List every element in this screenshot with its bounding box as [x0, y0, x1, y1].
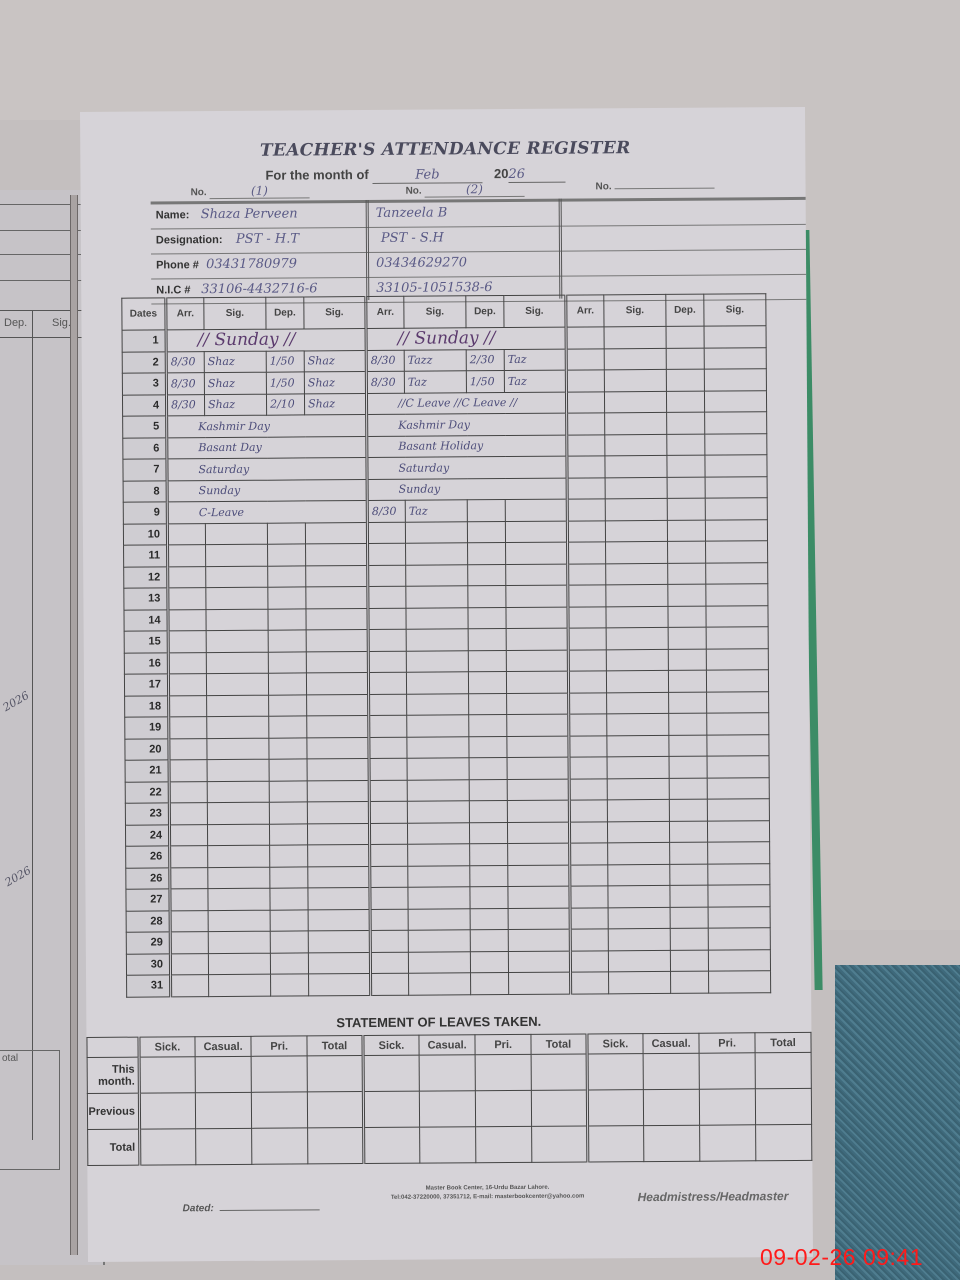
t1-dep-cell[interactable]: [270, 909, 308, 931]
t2-arr-cell[interactable]: [368, 565, 406, 587]
t2-sig2-cell[interactable]: [508, 929, 570, 951]
t1-sig2-cell[interactable]: [307, 801, 369, 823]
t3-dep-cell[interactable]: [668, 649, 706, 671]
t2-dep-cell[interactable]: [467, 521, 505, 543]
t1-sig-cell[interactable]: [208, 888, 270, 910]
t3-sig2-cell[interactable]: [704, 347, 766, 369]
t1-dep-cell[interactable]: [267, 522, 305, 544]
t3-sig-cell[interactable]: [607, 713, 669, 735]
t2-dep-cell[interactable]: [470, 930, 508, 952]
t1-sig2-cell[interactable]: Shaz: [304, 393, 366, 415]
t1-sig-cell[interactable]: [206, 673, 268, 695]
t2-sig2-cell[interactable]: [506, 650, 568, 672]
t1-sig2-cell[interactable]: [306, 651, 368, 673]
t3-sig-cell[interactable]: [605, 520, 667, 542]
t1-sig2-cell[interactable]: [307, 737, 369, 759]
teacher-2-phone[interactable]: 03434629270: [376, 255, 467, 271]
t2-dep-cell[interactable]: 2/30: [466, 349, 504, 371]
t1-dep-cell[interactable]: [268, 544, 306, 566]
leave-cell[interactable]: [587, 1090, 643, 1126]
t3-sig2-cell[interactable]: [707, 799, 769, 821]
t1-sig-cell[interactable]: [206, 544, 268, 566]
t3-arr-cell[interactable]: [568, 542, 606, 564]
t3-dep-cell[interactable]: [668, 670, 706, 692]
t3-sig2-cell[interactable]: [708, 928, 770, 950]
t3-dep-cell[interactable]: [670, 950, 708, 972]
t1-sig-cell[interactable]: [207, 781, 269, 803]
leave-cell[interactable]: [252, 1092, 308, 1128]
t3-arr-cell[interactable]: [571, 972, 609, 994]
t3-sig2-cell[interactable]: [706, 562, 768, 584]
t2-dep-cell[interactable]: [468, 564, 506, 586]
leave-cell[interactable]: [139, 1093, 195, 1129]
leave-cell[interactable]: [588, 1126, 644, 1162]
t2-sig-cell[interactable]: [405, 521, 467, 543]
leave-cell[interactable]: [420, 1127, 477, 1163]
t2-arr-cell[interactable]: [370, 866, 408, 888]
t2-sig2-cell[interactable]: [508, 843, 570, 865]
t2-sig-cell[interactable]: [408, 930, 470, 952]
t3-sig-cell[interactable]: [606, 670, 668, 692]
leave-cell[interactable]: [475, 1054, 531, 1090]
t2-sig2-cell[interactable]: [509, 972, 571, 994]
t2-sig-cell[interactable]: Tazz: [404, 349, 466, 371]
t3-sig2-cell[interactable]: [706, 584, 768, 606]
t3-arr-cell[interactable]: [569, 778, 607, 800]
leave-cell[interactable]: [363, 1055, 419, 1091]
t1-sig2-cell[interactable]: [307, 780, 369, 802]
leave-cell[interactable]: [364, 1127, 420, 1163]
teacher-1-no-value[interactable]: (1): [209, 183, 309, 199]
t1-dep-cell[interactable]: [268, 673, 306, 695]
t2-sig-cell[interactable]: [407, 779, 469, 801]
t3-sig2-cell[interactable]: [708, 885, 770, 907]
leave-cell[interactable]: [700, 1089, 756, 1125]
t2-sig2-cell[interactable]: [505, 499, 567, 521]
t2-sig-cell[interactable]: [406, 650, 468, 672]
t2-sig-cell[interactable]: [407, 801, 469, 823]
t3-arr-cell[interactable]: [568, 606, 606, 628]
t1-sig-cell[interactable]: [206, 587, 268, 609]
t3-dep-cell[interactable]: [670, 864, 708, 886]
t2-sig2-cell[interactable]: [506, 607, 568, 629]
t2-sig2-cell[interactable]: [507, 779, 569, 801]
t1-arr-cell[interactable]: [169, 717, 207, 739]
t3-sig2-cell[interactable]: [707, 691, 769, 713]
t3-arr-cell[interactable]: [570, 929, 608, 951]
t3-sig2-cell[interactable]: [705, 498, 767, 520]
t2-sig2-cell[interactable]: [507, 693, 569, 715]
t2-sig-cell[interactable]: [408, 908, 470, 930]
t1-sig2-cell[interactable]: [308, 909, 370, 931]
t2-sig2-cell[interactable]: [506, 585, 568, 607]
t3-sig2-cell[interactable]: [707, 734, 769, 756]
t1-sig2-cell[interactable]: [306, 587, 368, 609]
t2-arr-cell[interactable]: [369, 780, 407, 802]
t2-arr-cell[interactable]: [368, 651, 406, 673]
t3-sig-cell[interactable]: [608, 864, 670, 886]
t2-sig-cell[interactable]: [408, 887, 470, 909]
t2-dep-cell[interactable]: [468, 650, 506, 672]
t3-dep-cell[interactable]: [671, 971, 709, 993]
t2-sig-cell[interactable]: [407, 736, 469, 758]
t2-sig-cell[interactable]: [407, 693, 469, 715]
t1-note-cell[interactable]: Basant Day: [167, 436, 367, 459]
t3-sig-cell[interactable]: [607, 756, 669, 778]
t1-sig2-cell[interactable]: [306, 544, 368, 566]
t3-sig-cell[interactable]: [607, 735, 669, 757]
t2-sig2-cell[interactable]: [505, 521, 567, 543]
teacher-2-name[interactable]: Tanzeela B: [376, 205, 448, 220]
t2-sig2-cell[interactable]: [508, 951, 570, 973]
leave-cell[interactable]: [252, 1128, 308, 1164]
teacher-2-designation[interactable]: PST - S.H: [381, 230, 444, 245]
t2-arr-cell[interactable]: [368, 543, 406, 565]
t3-dep-cell[interactable]: [669, 756, 707, 778]
t3-sig-cell[interactable]: [605, 477, 667, 499]
t2-dep-cell[interactable]: [470, 908, 508, 930]
t3-dep-cell[interactable]: [669, 778, 707, 800]
t1-dep-cell[interactable]: [270, 931, 308, 953]
t1-sig-cell[interactable]: [208, 931, 270, 953]
t2-dep-cell[interactable]: [469, 715, 507, 737]
t2-sig-cell[interactable]: [408, 865, 470, 887]
t1-note-cell[interactable]: C-Leave: [167, 501, 367, 524]
t1-dep-cell[interactable]: [268, 651, 306, 673]
t1-arr-cell[interactable]: 8/30: [166, 351, 204, 373]
t2-sig-cell[interactable]: [407, 822, 469, 844]
leave-cell[interactable]: [363, 1091, 419, 1127]
t3-sig-cell[interactable]: [605, 455, 667, 477]
t3-arr-cell[interactable]: [569, 714, 607, 736]
t2-dep-cell[interactable]: [468, 543, 506, 565]
t3-arr-cell[interactable]: [567, 434, 605, 456]
leave-cell[interactable]: [419, 1055, 476, 1091]
t3-sig2-cell[interactable]: [704, 326, 766, 348]
t3-sig-cell[interactable]: [606, 627, 668, 649]
t2-arr-cell[interactable]: [368, 672, 406, 694]
t3-dep-cell[interactable]: [667, 477, 705, 499]
t2-sig-cell[interactable]: [406, 564, 468, 586]
t3-sig-cell[interactable]: [606, 649, 668, 671]
t3-sig2-cell[interactable]: [709, 971, 771, 993]
t1-note-cell[interactable]: Sunday: [167, 479, 367, 502]
leave-cell[interactable]: [139, 1057, 195, 1093]
teacher-1-name[interactable]: Shaza Perveen: [201, 206, 298, 222]
t1-sig-cell[interactable]: Shaz: [204, 351, 266, 373]
t3-dep-cell[interactable]: [668, 584, 706, 606]
t3-arr-cell[interactable]: [566, 370, 604, 392]
t3-sig2-cell[interactable]: [705, 476, 767, 498]
t3-dep-cell[interactable]: [668, 541, 706, 563]
t1-arr-cell[interactable]: [169, 824, 207, 846]
t1-sig2-cell[interactable]: Shaz: [304, 372, 366, 394]
t2-sig-cell[interactable]: [406, 607, 468, 629]
leave-cell[interactable]: [643, 1125, 700, 1161]
leave-cell[interactable]: [755, 1088, 811, 1124]
t3-sig-cell[interactable]: [605, 498, 667, 520]
t2-arr-cell[interactable]: 8/30: [366, 371, 404, 393]
t2-arr-cell[interactable]: [368, 629, 406, 651]
t2-dep-cell[interactable]: [471, 973, 509, 995]
t1-sig-cell[interactable]: Shaz: [204, 372, 266, 394]
t1-dep-cell[interactable]: [270, 952, 308, 974]
t1-sig-cell[interactable]: [205, 523, 267, 545]
leave-cell[interactable]: [587, 1054, 643, 1090]
t2-sig2-cell[interactable]: Taz: [504, 370, 566, 392]
t2-sig2-cell[interactable]: [507, 714, 569, 736]
t1-dep-cell[interactable]: [268, 587, 306, 609]
t2-arr-cell[interactable]: [367, 522, 405, 544]
t1-arr-cell[interactable]: [169, 738, 207, 760]
teacher-3-no-value[interactable]: [614, 188, 714, 190]
t1-sig2-cell[interactable]: [305, 522, 367, 544]
t2-dep-cell[interactable]: [469, 693, 507, 715]
t3-sig2-cell[interactable]: [704, 390, 766, 412]
t1-arr-cell[interactable]: [168, 588, 206, 610]
t3-sig2-cell[interactable]: [705, 433, 767, 455]
t3-arr-cell[interactable]: [569, 735, 607, 757]
t1-sig-cell[interactable]: [209, 974, 271, 996]
t1-sig2-cell[interactable]: [308, 887, 370, 909]
t3-arr-cell[interactable]: [567, 520, 605, 542]
t1-sig-cell[interactable]: [206, 609, 268, 631]
t1-sig2-cell[interactable]: [308, 844, 370, 866]
t3-sig2-cell[interactable]: [708, 906, 770, 928]
t3-dep-cell[interactable]: [669, 692, 707, 714]
t2-arr-cell[interactable]: [369, 694, 407, 716]
t1-sig2-cell[interactable]: [306, 565, 368, 587]
t3-sig-cell[interactable]: [607, 821, 669, 843]
t2-dep-cell[interactable]: 1/50: [466, 371, 504, 393]
t1-dep-cell[interactable]: [269, 780, 307, 802]
t3-arr-cell[interactable]: [566, 391, 604, 413]
t2-arr-cell[interactable]: 8/30: [366, 350, 404, 372]
leave-cell[interactable]: [195, 1092, 252, 1128]
t3-dep-cell[interactable]: [667, 455, 705, 477]
t3-dep-cell[interactable]: [668, 627, 706, 649]
t1-arr-cell[interactable]: [171, 975, 209, 997]
t3-sig2-cell[interactable]: [707, 713, 769, 735]
t1-dep-cell[interactable]: [270, 888, 308, 910]
t1-note-cell[interactable]: Kashmir Day: [167, 415, 367, 438]
leave-cell[interactable]: [755, 1052, 811, 1088]
t2-arr-cell[interactable]: [368, 608, 406, 630]
t1-dep-cell[interactable]: [270, 866, 308, 888]
t1-sig2-cell[interactable]: [309, 973, 371, 995]
t3-arr-cell[interactable]: [569, 821, 607, 843]
t2-dep-cell[interactable]: [469, 758, 507, 780]
leave-cell[interactable]: [643, 1053, 700, 1089]
t1-sig2-cell[interactable]: [308, 930, 370, 952]
t1-dep-cell[interactable]: 2/10: [266, 393, 304, 415]
t1-sig-cell[interactable]: [208, 845, 270, 867]
t1-dep-cell[interactable]: 1/50: [266, 372, 304, 394]
t3-sig-cell[interactable]: [605, 412, 667, 434]
t1-sig2-cell[interactable]: [306, 630, 368, 652]
t1-arr-cell[interactable]: [170, 953, 208, 975]
teacher-1-phone[interactable]: 03431780979: [206, 256, 297, 272]
t1-arr-cell[interactable]: [168, 652, 206, 674]
t2-dep-cell[interactable]: [469, 779, 507, 801]
leave-cell[interactable]: [308, 1128, 364, 1164]
t2-sig2-cell[interactable]: Taz: [504, 349, 566, 371]
t3-arr-cell[interactable]: [570, 886, 608, 908]
teacher-1-nic[interactable]: 33106-4432716-6: [201, 281, 317, 297]
leave-cell[interactable]: [476, 1126, 532, 1162]
t2-dep-cell[interactable]: [469, 736, 507, 758]
t3-sig-cell[interactable]: [605, 434, 667, 456]
t2-arr-cell[interactable]: [370, 930, 408, 952]
t3-arr-cell[interactable]: [569, 800, 607, 822]
t1-arr-cell[interactable]: [168, 631, 206, 653]
t1-arr-cell[interactable]: [170, 846, 208, 868]
t2-sig-cell[interactable]: [409, 973, 471, 995]
t2-arr-cell[interactable]: [369, 758, 407, 780]
t2-note-cell[interactable]: Saturday: [367, 456, 567, 479]
leave-cell[interactable]: [307, 1092, 363, 1128]
t2-sig-cell[interactable]: [406, 672, 468, 694]
t1-arr-cell[interactable]: [168, 609, 206, 631]
t2-arr-cell[interactable]: [369, 801, 407, 823]
t1-arr-cell[interactable]: 8/30: [166, 394, 204, 416]
t3-dep-cell[interactable]: [667, 520, 705, 542]
t1-sig-cell[interactable]: [207, 716, 269, 738]
t1-sig-cell[interactable]: [208, 953, 270, 975]
t3-sig2-cell[interactable]: [706, 648, 768, 670]
t3-sig-cell[interactable]: [606, 606, 668, 628]
t1-sig-cell[interactable]: Shaz: [204, 394, 266, 416]
t3-arr-cell[interactable]: [568, 671, 606, 693]
t1-sig2-cell[interactable]: [307, 823, 369, 845]
t3-sig-cell[interactable]: [607, 799, 669, 821]
t1-sig2-cell[interactable]: [307, 694, 369, 716]
t3-arr-cell[interactable]: [568, 649, 606, 671]
t1-arr-cell[interactable]: [170, 889, 208, 911]
t1-arr-cell[interactable]: [170, 867, 208, 889]
t3-sig-cell[interactable]: [608, 907, 670, 929]
t1-arr-cell[interactable]: [169, 803, 207, 825]
t3-sig-cell[interactable]: [608, 842, 670, 864]
t1-dep-cell[interactable]: [269, 737, 307, 759]
t2-note-cell[interactable]: //C Leave //C Leave //: [366, 392, 566, 415]
t3-sig2-cell[interactable]: [704, 369, 766, 391]
t2-arr-cell[interactable]: [370, 887, 408, 909]
t3-arr-cell[interactable]: [569, 757, 607, 779]
leave-cell[interactable]: [531, 1054, 587, 1090]
t3-dep-cell[interactable]: [669, 799, 707, 821]
t1-sig-cell[interactable]: [206, 652, 268, 674]
t1-dep-cell[interactable]: [269, 694, 307, 716]
t1-sig2-cell[interactable]: [308, 866, 370, 888]
t2-sig2-cell[interactable]: [507, 736, 569, 758]
t1-dep-cell[interactable]: [268, 565, 306, 587]
t2-sig2-cell[interactable]: [508, 865, 570, 887]
t3-sig-cell[interactable]: [608, 928, 670, 950]
t1-sig2-cell[interactable]: [307, 715, 369, 737]
t3-arr-cell[interactable]: [570, 950, 608, 972]
t2-dep-cell[interactable]: [468, 607, 506, 629]
t3-arr-cell[interactable]: [566, 327, 604, 349]
t3-sig-cell[interactable]: [604, 348, 666, 370]
t1-sig-cell[interactable]: [207, 695, 269, 717]
t3-dep-cell[interactable]: [669, 735, 707, 757]
t3-dep-cell[interactable]: [670, 842, 708, 864]
t2-dep-cell[interactable]: [470, 844, 508, 866]
year-suffix[interactable]: 26: [508, 167, 565, 183]
leave-cell[interactable]: [196, 1128, 253, 1164]
t3-dep-cell[interactable]: [666, 348, 704, 370]
t3-sig-cell[interactable]: [604, 369, 666, 391]
leave-cell[interactable]: [699, 1053, 755, 1089]
t2-sig2-cell[interactable]: [506, 671, 568, 693]
t2-arr-cell[interactable]: [370, 909, 408, 931]
t2-sig-cell[interactable]: [407, 758, 469, 780]
t3-arr-cell[interactable]: [570, 864, 608, 886]
t1-arr-cell[interactable]: [169, 760, 207, 782]
t1-dep-cell[interactable]: [268, 630, 306, 652]
t2-note-cell[interactable]: // Sunday //: [366, 327, 566, 350]
t3-dep-cell[interactable]: [670, 907, 708, 929]
dated-line[interactable]: [220, 1209, 320, 1211]
t1-note-cell[interactable]: Saturday: [167, 458, 367, 481]
t3-sig-cell[interactable]: [607, 778, 669, 800]
t3-sig2-cell[interactable]: [706, 670, 768, 692]
t3-arr-cell[interactable]: [567, 499, 605, 521]
t1-dep-cell[interactable]: 1/50: [266, 350, 304, 372]
t2-arr-cell[interactable]: [370, 952, 408, 974]
t2-sig-cell[interactable]: [408, 951, 470, 973]
t1-sig2-cell[interactable]: [306, 608, 368, 630]
t3-sig-cell[interactable]: [607, 692, 669, 714]
t2-sig2-cell[interactable]: [508, 886, 570, 908]
t3-sig2-cell[interactable]: [706, 541, 768, 563]
t1-arr-cell[interactable]: [168, 545, 206, 567]
t2-note-cell[interactable]: Sunday: [367, 478, 567, 501]
t3-dep-cell[interactable]: [666, 326, 704, 348]
teacher-2-no-value[interactable]: (2): [424, 182, 524, 198]
t3-sig2-cell[interactable]: [707, 777, 769, 799]
t1-arr-cell[interactable]: [168, 566, 206, 588]
t2-arr-cell[interactable]: [369, 737, 407, 759]
teacher-1-designation[interactable]: PST - H.T: [236, 231, 299, 246]
t2-arr-cell[interactable]: [368, 586, 406, 608]
t3-arr-cell[interactable]: [567, 413, 605, 435]
t2-sig-cell[interactable]: [406, 543, 468, 565]
t1-arr-cell[interactable]: [170, 932, 208, 954]
t1-dep-cell[interactable]: [271, 974, 309, 996]
leave-cell[interactable]: [140, 1129, 196, 1165]
t1-sig-cell[interactable]: [208, 910, 270, 932]
t2-dep-cell[interactable]: [467, 500, 505, 522]
t3-dep-cell[interactable]: [668, 606, 706, 628]
leave-cell[interactable]: [756, 1124, 812, 1160]
t2-dep-cell[interactable]: [470, 865, 508, 887]
leave-cell[interactable]: [195, 1056, 252, 1092]
t2-sig-cell[interactable]: Taz: [405, 500, 467, 522]
leave-cell[interactable]: [419, 1091, 476, 1127]
t2-sig-cell[interactable]: [408, 844, 470, 866]
t2-arr-cell[interactable]: [371, 973, 409, 995]
t3-arr-cell[interactable]: [568, 585, 606, 607]
t3-dep-cell[interactable]: [667, 412, 705, 434]
t2-sig2-cell[interactable]: [507, 800, 569, 822]
t2-arr-cell[interactable]: 8/30: [367, 500, 405, 522]
t3-sig2-cell[interactable]: [708, 842, 770, 864]
t2-sig-cell[interactable]: [406, 586, 468, 608]
t1-sig-cell[interactable]: [206, 566, 268, 588]
t2-dep-cell[interactable]: [468, 586, 506, 608]
